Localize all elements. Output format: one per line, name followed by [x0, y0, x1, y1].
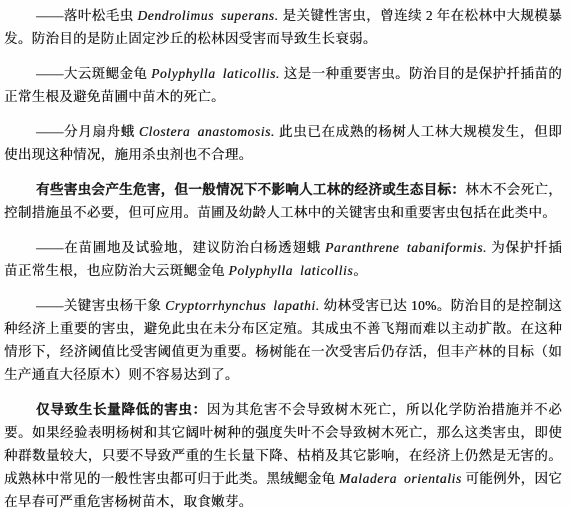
- text-run: ——分月扇舟蛾: [36, 124, 139, 139]
- text-run: ——在苗圃地及试验地，建议防治白杨透翅蛾: [36, 240, 325, 255]
- para-dendrolimus-superans: ——落叶松毛虫 Dendrolimus superans. 是关键性害虫，曾连续…: [4, 4, 562, 50]
- text-run: ——大云斑鳃金龟: [36, 66, 151, 81]
- species-name: Clostera anastomosis.: [139, 124, 275, 139]
- text-run: ——关键害虫杨干象: [36, 298, 165, 313]
- document-body: ——落叶松毛虫 Dendrolimus superans. 是关键性害虫，曾连续…: [4, 4, 562, 508]
- text-run: 有些害虫会产生危害，但一般情况下不影响人工林的经济或生态目标：: [36, 182, 465, 197]
- document-page: ——落叶松毛虫 Dendrolimus superans. 是关键性害虫，曾连续…: [0, 0, 572, 508]
- para-important-pests-category: 有些害虫会产生危害，但一般情况下不影响人工林的经济或生态目标：林木不会死亡，控制…: [4, 178, 562, 224]
- text-run: 仅导致生长量降低的害虫：: [36, 402, 207, 417]
- species-name: Paranthrene tabaniformis.: [325, 240, 487, 255]
- species-name: Cryptorrhynchus lapathi.: [165, 298, 320, 313]
- text-run: ——落叶松毛虫: [36, 8, 137, 23]
- species-name: Maladera orientalis: [339, 471, 462, 486]
- para-paranthrene-tabaniformis: ——在苗圃地及试验地，建议防治白杨透翅蛾 Paranthrene tabanif…: [4, 236, 562, 282]
- species-name: Polyphylla laticollis.: [151, 66, 280, 81]
- para-polyphylla-laticollis: ——大云斑鳃金龟 Polyphylla laticollis. 这是一种重要害虫…: [4, 62, 562, 108]
- species-name: Polyphylla laticollis: [228, 263, 353, 278]
- para-cryptorrhynchus-lapathi: ——关键害虫杨干象 Cryptorrhynchus lapathi. 幼林受害已…: [4, 294, 562, 386]
- para-growth-reduction-pests: 仅导致生长量降低的害虫：因为其危害不会导致树木死亡，所以化学防治措施并不必要。如…: [4, 398, 562, 508]
- text-run: 。: [353, 263, 367, 278]
- species-name: Dendrolimus superans.: [137, 8, 278, 23]
- para-clostera-anastomosis: ——分月扇舟蛾 Clostera anastomosis. 此虫已在成熟的杨树人…: [4, 120, 562, 166]
